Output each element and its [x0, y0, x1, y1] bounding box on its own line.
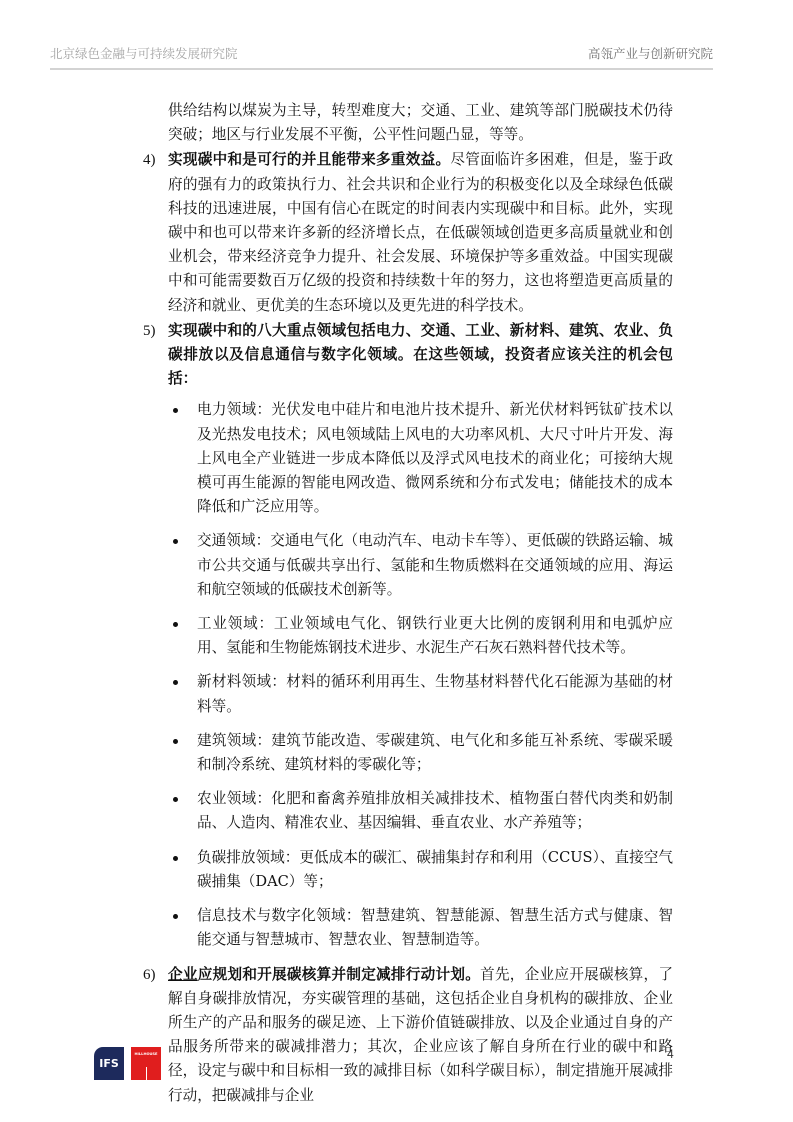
ifs-logo: IFS [94, 1047, 124, 1080]
bullet-power: 电力领域：光伏发电中硅片和电池片技术提升、新光伏材料钙钛矿技术以及光热发电技术；… [143, 398, 673, 519]
bullet-text: 信息技术与数字化领域：智慧建筑、智慧能源、智慧生活方式与健康、智能交通与智慧城市… [197, 907, 673, 948]
bullet-new-materials: 新材料领域：材料的循环利用再生、生物基材料替代化石能源为基础的材料等。 [143, 670, 673, 718]
header-left-institute: 北京绿色金融与可持续发展研究院 [50, 44, 238, 62]
page-number: 4 [667, 1047, 674, 1061]
item-lead: 实现碳中和是可行的并且能带来多重效益。 [168, 151, 450, 168]
bullet-transport: 交通领域：交通电气化（电动汽车、电动卡车等）、更低碳的铁路运输、城市公共交通与低… [143, 529, 673, 602]
bullet-buildings: 建筑领域：建筑节能改造、零碳建筑、电气化和多能互补系统、零碳采暖和制冷系统、建筑… [143, 729, 673, 777]
bullet-icon [173, 797, 178, 802]
item-lead: 应规划和开展碳核算并制定减排行动计划。 [198, 966, 480, 983]
hillhouse-logo-text: HILLHOUSE [131, 1052, 161, 1056]
header-divider [50, 68, 713, 70]
continuation-paragraph: 供给结构以煤炭为主导，转型难度大；交通、工业、建筑等部门脱碳技术仍待突破；地区与… [143, 99, 673, 147]
item-number: 4) [143, 148, 156, 172]
document-body: 供给结构以煤炭为主导，转型难度大；交通、工业、建筑等部门脱碳技术仍待突破；地区与… [143, 99, 673, 1108]
page-header: 北京绿色金融与可持续发展研究院 高瓴产业与创新研究院 [50, 42, 713, 70]
bullet-icon [173, 680, 178, 685]
bullet-icon [173, 856, 178, 861]
bullet-text: 农业领域：化肥和畜禽养殖排放相关减排技术、植物蛋白替代肉类和奶制品、人造肉、精准… [197, 790, 673, 831]
bullet-text: 交通领域：交通电气化（电动汽车、电动卡车等）、更低碳的铁路运输、城市公共交通与低… [197, 532, 673, 597]
item-text: 首先，企业应开展碳核算，了解自身碳排放情况，夯实碳管理的基础，这包括企业自身机构… [168, 966, 673, 1104]
bullet-icon [173, 914, 178, 919]
item-lead: 实现碳中和的八大重点领域包括电力、交通、工业、新材料、建筑、农业、负碳排放以及信… [168, 322, 673, 387]
item-number: 6) [143, 963, 156, 987]
hillhouse-logo: HILLHOUSE [131, 1047, 161, 1080]
bullet-icon [173, 539, 178, 544]
list-item-5: 5) 实现碳中和的八大重点领域包括电力、交通、工业、新材料、建筑、农业、负碳排放… [143, 319, 673, 392]
bullet-negative-emissions: 负碳排放领域：更低成本的碳汇、碳捕集封存和利用（CCUS）、直接空气碳捕集（DA… [143, 846, 673, 894]
footer-logos: IFS HILLHOUSE [94, 1047, 161, 1080]
header-right-institute: 高瓴产业与创新研究院 [588, 44, 713, 62]
bullet-text: 电力领域：光伏发电中硅片和电池片技术提升、新光伏材料钙钛矿技术以及光热发电技术；… [197, 401, 673, 515]
bullet-agriculture: 农业领域：化肥和畜禽养殖排放相关减排技术、植物蛋白替代肉类和奶制品、人造肉、精准… [143, 787, 673, 835]
bullet-industry: 工业领域：工业领域电气化、钢铁行业更大比例的废钢利用和电弧炉应用、氢能和生物能炼… [143, 612, 673, 660]
ifs-logo-text: IFS [99, 1057, 119, 1070]
item-number: 5) [143, 319, 156, 343]
bullet-text: 新材料领域：材料的循环利用再生、生物基材料替代化石能源为基础的材料等。 [197, 673, 673, 714]
item-lead-underlined: 企业 [168, 966, 198, 983]
list-item-4: 4) 实现碳中和是可行的并且能带来多重效益。尽管面临许多困难，但是，鉴于政府的强… [143, 148, 673, 317]
bullet-digital: 信息技术与数字化领域：智慧建筑、智慧能源、智慧生活方式与健康、智能交通与智慧城市… [143, 904, 673, 952]
bullet-text: 工业领域：工业领域电气化、钢铁行业更大比例的废钢利用和电弧炉应用、氢能和生物能炼… [197, 615, 673, 656]
list-item-6: 6) 企业应规划和开展碳核算并制定减排行动计划。首先，企业应开展碳核算，了解自身… [143, 963, 673, 1108]
focus-areas-list: 电力领域：光伏发电中硅片和电池片技术提升、新光伏材料钙钛矿技术以及光热发电技术；… [143, 398, 673, 952]
hillhouse-logo-line [146, 1067, 147, 1080]
bullet-icon [173, 408, 178, 413]
item-text: 尽管面临许多困难，但是，鉴于政府的强有力的政策执行力、社会共识和企业行为的积极变… [168, 151, 673, 313]
bullet-text: 建筑领域：建筑节能改造、零碳建筑、电气化和多能互补系统、零碳采暖和制冷系统、建筑… [197, 732, 673, 773]
bullet-icon [173, 622, 178, 627]
bullet-text: 负碳排放领域：更低成本的碳汇、碳捕集封存和利用（CCUS）、直接空气碳捕集（DA… [197, 849, 673, 890]
bullet-icon [173, 739, 178, 744]
